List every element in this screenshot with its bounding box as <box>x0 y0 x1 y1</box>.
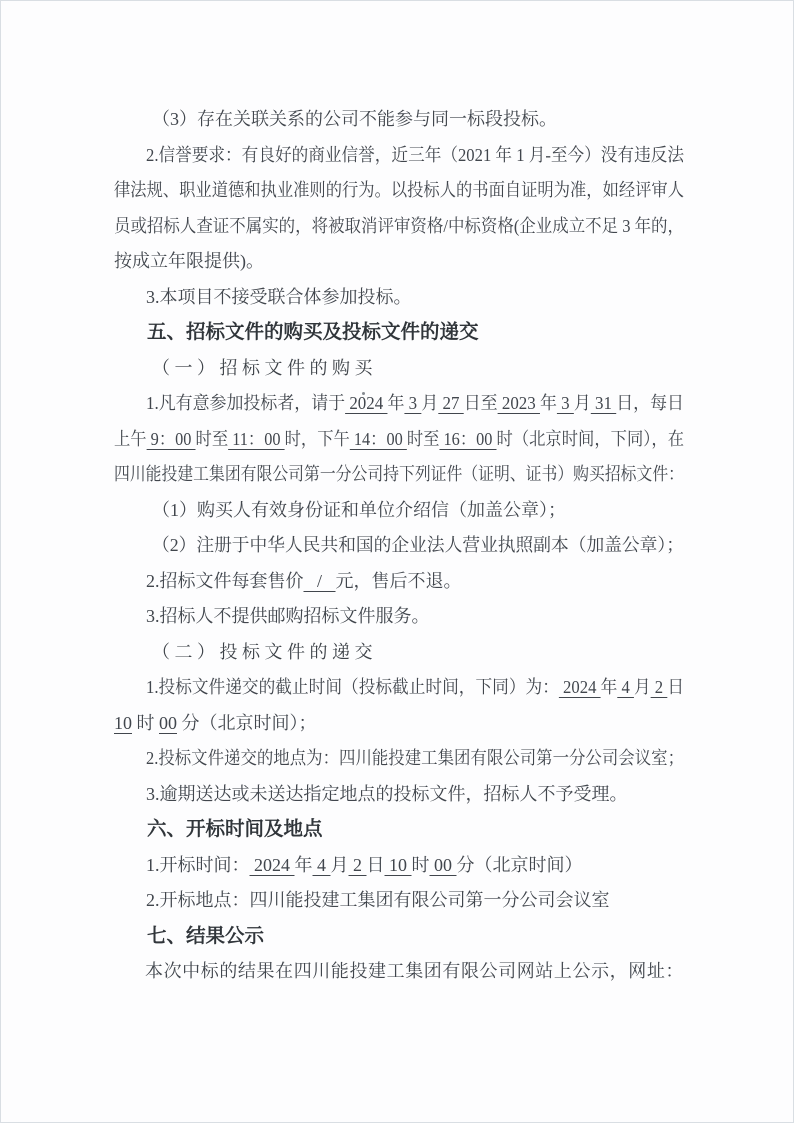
purchase-cert-1: （1）购买人有效身份证和单位介绍信（加盖公章）； <box>114 493 684 529</box>
purchase-l3: 四川能投建工集团有限公司第一分公司持下列证件（证明、证书）购买招标文件： <box>114 457 684 493</box>
text-run: 月 <box>634 677 651 697</box>
text-content: 2.投标文件递交的地点为：四川能投建工集团有限公司第一分公司会议室； <box>146 741 684 777</box>
text-content: 六、开标时间及地点 <box>147 812 323 848</box>
text-content: 2.开标地点：四川能投建工集团有限公司第一分公司会议室 <box>146 883 610 919</box>
filled-blank-value: 14：00 <box>350 429 407 449</box>
section-7-heading: 七、结果公示 <box>114 919 684 955</box>
text-content: 2.信誉要求：有良好的商业信誉，近三年（2021 年 1 月-至今）没有违反法 <box>146 138 684 174</box>
text-run: 上午 <box>114 429 147 449</box>
filled-blank-value: 4 <box>617 677 634 697</box>
text-run: 月 <box>574 393 591 413</box>
text-run: 3.逾期送达或未送达指定地点的投标文件，招标人不予受理。 <box>146 784 628 804</box>
filled-blank-value: 31 <box>591 393 616 413</box>
filled-blank-value: 2024 <box>559 677 601 697</box>
late-submission: 3.逾期送达或未送达指定地点的投标文件，招标人不予受理。 <box>114 777 684 813</box>
text-run: 日 <box>367 855 385 875</box>
text-run: 2.开标地点：四川能投建工集团有限公司第一分公司会议室 <box>146 890 610 910</box>
text-run: 1.开标时间： <box>146 855 250 875</box>
text-run: 七、结果公示 <box>147 925 264 947</box>
filled-blank-value: 00 <box>159 713 177 733</box>
text-run: 日，每日 <box>616 393 684 413</box>
text-run: （1）购买人有效身份证和单位介绍信（加盖公章）； <box>152 500 566 520</box>
text-run: 3.本项目不接受联合体参加投标。 <box>146 287 412 307</box>
purchase-l2: 上午 9：00 时至 11：00 时，下午 14：00 时至 16：00 时（北… <box>114 422 684 458</box>
filled-blank-value: 3 <box>404 393 421 413</box>
text-run: 时（北京时间，下同），在 <box>497 429 684 449</box>
text-run: 员或招标人查证不属实的，将被取消评审资格/中标资格(企业成立不足 3 年的， <box>114 216 684 236</box>
clause-related-companies: （3）存在关联关系的公司不能参与同一标段投标。 <box>114 102 684 138</box>
scan-artifact-dot <box>362 392 365 395</box>
text-run: 四川能投建工集团有限公司第一分公司持下列证件（证明、证书）购买招标文件： <box>114 464 684 484</box>
purchase-cert-2: （2）注册于中华人民共和国的企业法人营业执照副本（加盖公章）； <box>114 528 684 564</box>
text-content: 七、结果公示 <box>147 919 264 955</box>
text-content: 1.投标文件递交的截止时间（投标截止时间，下同）为： 2024 年 4 月 2 … <box>146 670 684 706</box>
filled-blank-value: 2 <box>651 677 668 697</box>
text-content: 3.招标人不提供邮购招标文件服务。 <box>146 599 430 635</box>
text-run: 时至 <box>407 429 440 449</box>
text-run: 年 <box>601 677 618 697</box>
text-content: 上午 9：00 时至 11：00 时，下午 14：00 时至 16：00 时（北… <box>114 422 684 458</box>
filled-blank-value: 4 <box>313 855 331 875</box>
text-run: （一）招标文件的购买 <box>152 358 377 378</box>
text-run: 时，下午 <box>285 429 350 449</box>
filled-blank-value: 2024 <box>250 855 295 875</box>
text-content: 四川能投建工集团有限公司第一分公司持下列证件（证明、证书）购买招标文件： <box>114 457 684 493</box>
text-run: 3.招标人不提供邮购招标文件服务。 <box>146 606 430 626</box>
filled-blank-value: 11：00 <box>228 429 284 449</box>
text-run: 2.招标文件每套售价 <box>146 571 304 591</box>
text-run: 日至 <box>464 393 498 413</box>
filled-blank-value: 16：00 <box>439 429 496 449</box>
no-mail-order: 3.招标人不提供邮购招标文件服务。 <box>114 599 684 635</box>
text-content: （1）购买人有效身份证和单位介绍信（加盖公章）； <box>152 493 566 529</box>
text-content: （3）存在关联关系的公司不能参与同一标段投标。 <box>152 102 557 138</box>
text-run: 1.凡有意参加投标者，请于 <box>146 393 345 413</box>
clause-no-consortium: 3.本项目不接受联合体参加投标。 <box>114 280 684 316</box>
text-run: 1.投标文件递交的截止时间（投标截止时间，下同）为： <box>146 677 559 697</box>
text-run: 月 <box>331 855 349 875</box>
filled-blank-value: 10 <box>385 855 412 875</box>
text-run: 按成立年限提供)。 <box>114 251 264 271</box>
text-run: 时 <box>132 713 159 733</box>
text-content: 1.凡有意参加投标者，请于 2024 年 3 月 27 日至 2023 年 3 … <box>146 386 684 422</box>
result-announcement: 本次中标的结果在四川能投建工集团有限公司网站上公示，网址： <box>114 954 684 990</box>
text-run: 2.投标文件递交的地点为：四川能投建工集团有限公司第一分公司会议室； <box>146 748 684 768</box>
text-run: 分（北京时间）； <box>177 713 317 733</box>
text-run: 2.信誉要求：有良好的商业信誉，近三年（2021 年 1 月-至今）没有违反法 <box>146 145 684 165</box>
reputation-requirement-l1: 2.信誉要求：有良好的商业信誉，近三年（2021 年 1 月-至今）没有违反法 <box>114 138 684 174</box>
document-price: 2.招标文件每套售价 / 元，售后不退。 <box>114 564 684 600</box>
text-run: 本次中标的结果在四川能投建工集团有限公司网站上公示，网址： <box>145 961 684 981</box>
reputation-requirement-l2: 律法规、职业道德和执业准则的行为。以投标人的书面自证明为准，如经评审人 <box>114 173 684 209</box>
text-run: 律法规、职业道德和执业准则的行为。以投标人的书面自证明为准，如经评审人 <box>114 180 684 200</box>
text-run: （2）注册于中华人民共和国的企业法人营业执照副本（加盖公章）； <box>152 535 684 555</box>
submission-place: 2.投标文件递交的地点为：四川能投建工集团有限公司第一分公司会议室； <box>114 741 684 777</box>
text-content: （一）招标文件的购买 <box>152 351 377 387</box>
text-content: 本次中标的结果在四川能投建工集团有限公司网站上公示，网址： <box>145 954 684 990</box>
text-run: 六、开标时间及地点 <box>147 818 323 840</box>
filled-blank-value: / <box>304 571 336 591</box>
submission-deadline-l1: 1.投标文件递交的截止时间（投标截止时间，下同）为： 2024 年 4 月 2 … <box>114 670 684 706</box>
text-run: 日 <box>667 677 684 697</box>
text-run: 五、招标文件的购买及投标文件的递交 <box>147 321 479 343</box>
section-6-heading: 六、开标时间及地点 <box>114 812 684 848</box>
filled-blank-value: 2023 <box>498 393 540 413</box>
text-run: 年 <box>295 855 313 875</box>
text-run: 时至 <box>196 429 229 449</box>
text-content: 2.招标文件每套售价 / 元，售后不退。 <box>146 564 462 600</box>
submission-deadline-l2: 10 时 00 分（北京时间）； <box>114 706 684 742</box>
text-run: 元，售后不退。 <box>336 571 462 591</box>
filled-blank-value: 2024 <box>345 393 387 413</box>
text-content: 10 时 00 分（北京时间）； <box>114 706 317 742</box>
text-run: （二）投标文件的递交 <box>152 642 377 662</box>
text-content: 员或招标人查证不属实的，将被取消评审资格/中标资格(企业成立不足 3 年的， <box>114 209 684 245</box>
subsection-5-2-heading: （二）投标文件的递交 <box>114 635 684 671</box>
text-content: 3.逾期送达或未送达指定地点的投标文件，招标人不予受理。 <box>146 777 628 813</box>
purchase-l1: 1.凡有意参加投标者，请于 2024 年 3 月 27 日至 2023 年 3 … <box>114 386 684 422</box>
filled-blank-value: 3 <box>557 393 574 413</box>
filled-blank-value: 00 <box>430 855 457 875</box>
text-run: 年 <box>387 393 404 413</box>
text-content: 按成立年限提供)。 <box>114 244 264 280</box>
section-5-heading: 五、招标文件的购买及投标文件的递交 <box>114 315 684 351</box>
text-content: 3.本项目不接受联合体参加投标。 <box>146 280 412 316</box>
text-run: （3）存在关联关系的公司不能参与同一标段投标。 <box>152 109 557 129</box>
opening-place: 2.开标地点：四川能投建工集团有限公司第一分公司会议室 <box>114 883 684 919</box>
text-content: 1.开标时间： 2024 年 4 月 2 日 10 时 00 分（北京时间） <box>146 848 583 884</box>
filled-blank-value: 27 <box>438 393 463 413</box>
text-run: 月 <box>421 393 438 413</box>
reputation-requirement-l3: 员或招标人查证不属实的，将被取消评审资格/中标资格(企业成立不足 3 年的， <box>114 209 684 245</box>
text-run: 年 <box>540 393 557 413</box>
text-run: 时 <box>412 855 430 875</box>
text-content: （2）注册于中华人民共和国的企业法人营业执照副本（加盖公章）； <box>152 528 684 564</box>
filled-blank-value: 10 <box>114 713 132 733</box>
filled-blank-value: 2 <box>349 855 367 875</box>
opening-time: 1.开标时间： 2024 年 4 月 2 日 10 时 00 分（北京时间） <box>114 848 684 884</box>
reputation-requirement-l4: 按成立年限提供)。 <box>114 244 684 280</box>
document-body: （3）存在关联关系的公司不能参与同一标段投标。2.信誉要求：有良好的商业信誉，近… <box>114 102 684 990</box>
subsection-5-1-heading: （一）招标文件的购买 <box>114 351 684 387</box>
scanned-document-page: （3）存在关联关系的公司不能参与同一标段投标。2.信誉要求：有良好的商业信誉，近… <box>0 0 794 1123</box>
filled-blank-value: 9：00 <box>147 429 196 449</box>
text-content: 五、招标文件的购买及投标文件的递交 <box>147 315 479 351</box>
text-run: 分（北京时间） <box>457 855 583 875</box>
text-content: 律法规、职业道德和执业准则的行为。以投标人的书面自证明为准，如经评审人 <box>114 173 684 209</box>
text-content: （二）投标文件的递交 <box>152 635 377 671</box>
